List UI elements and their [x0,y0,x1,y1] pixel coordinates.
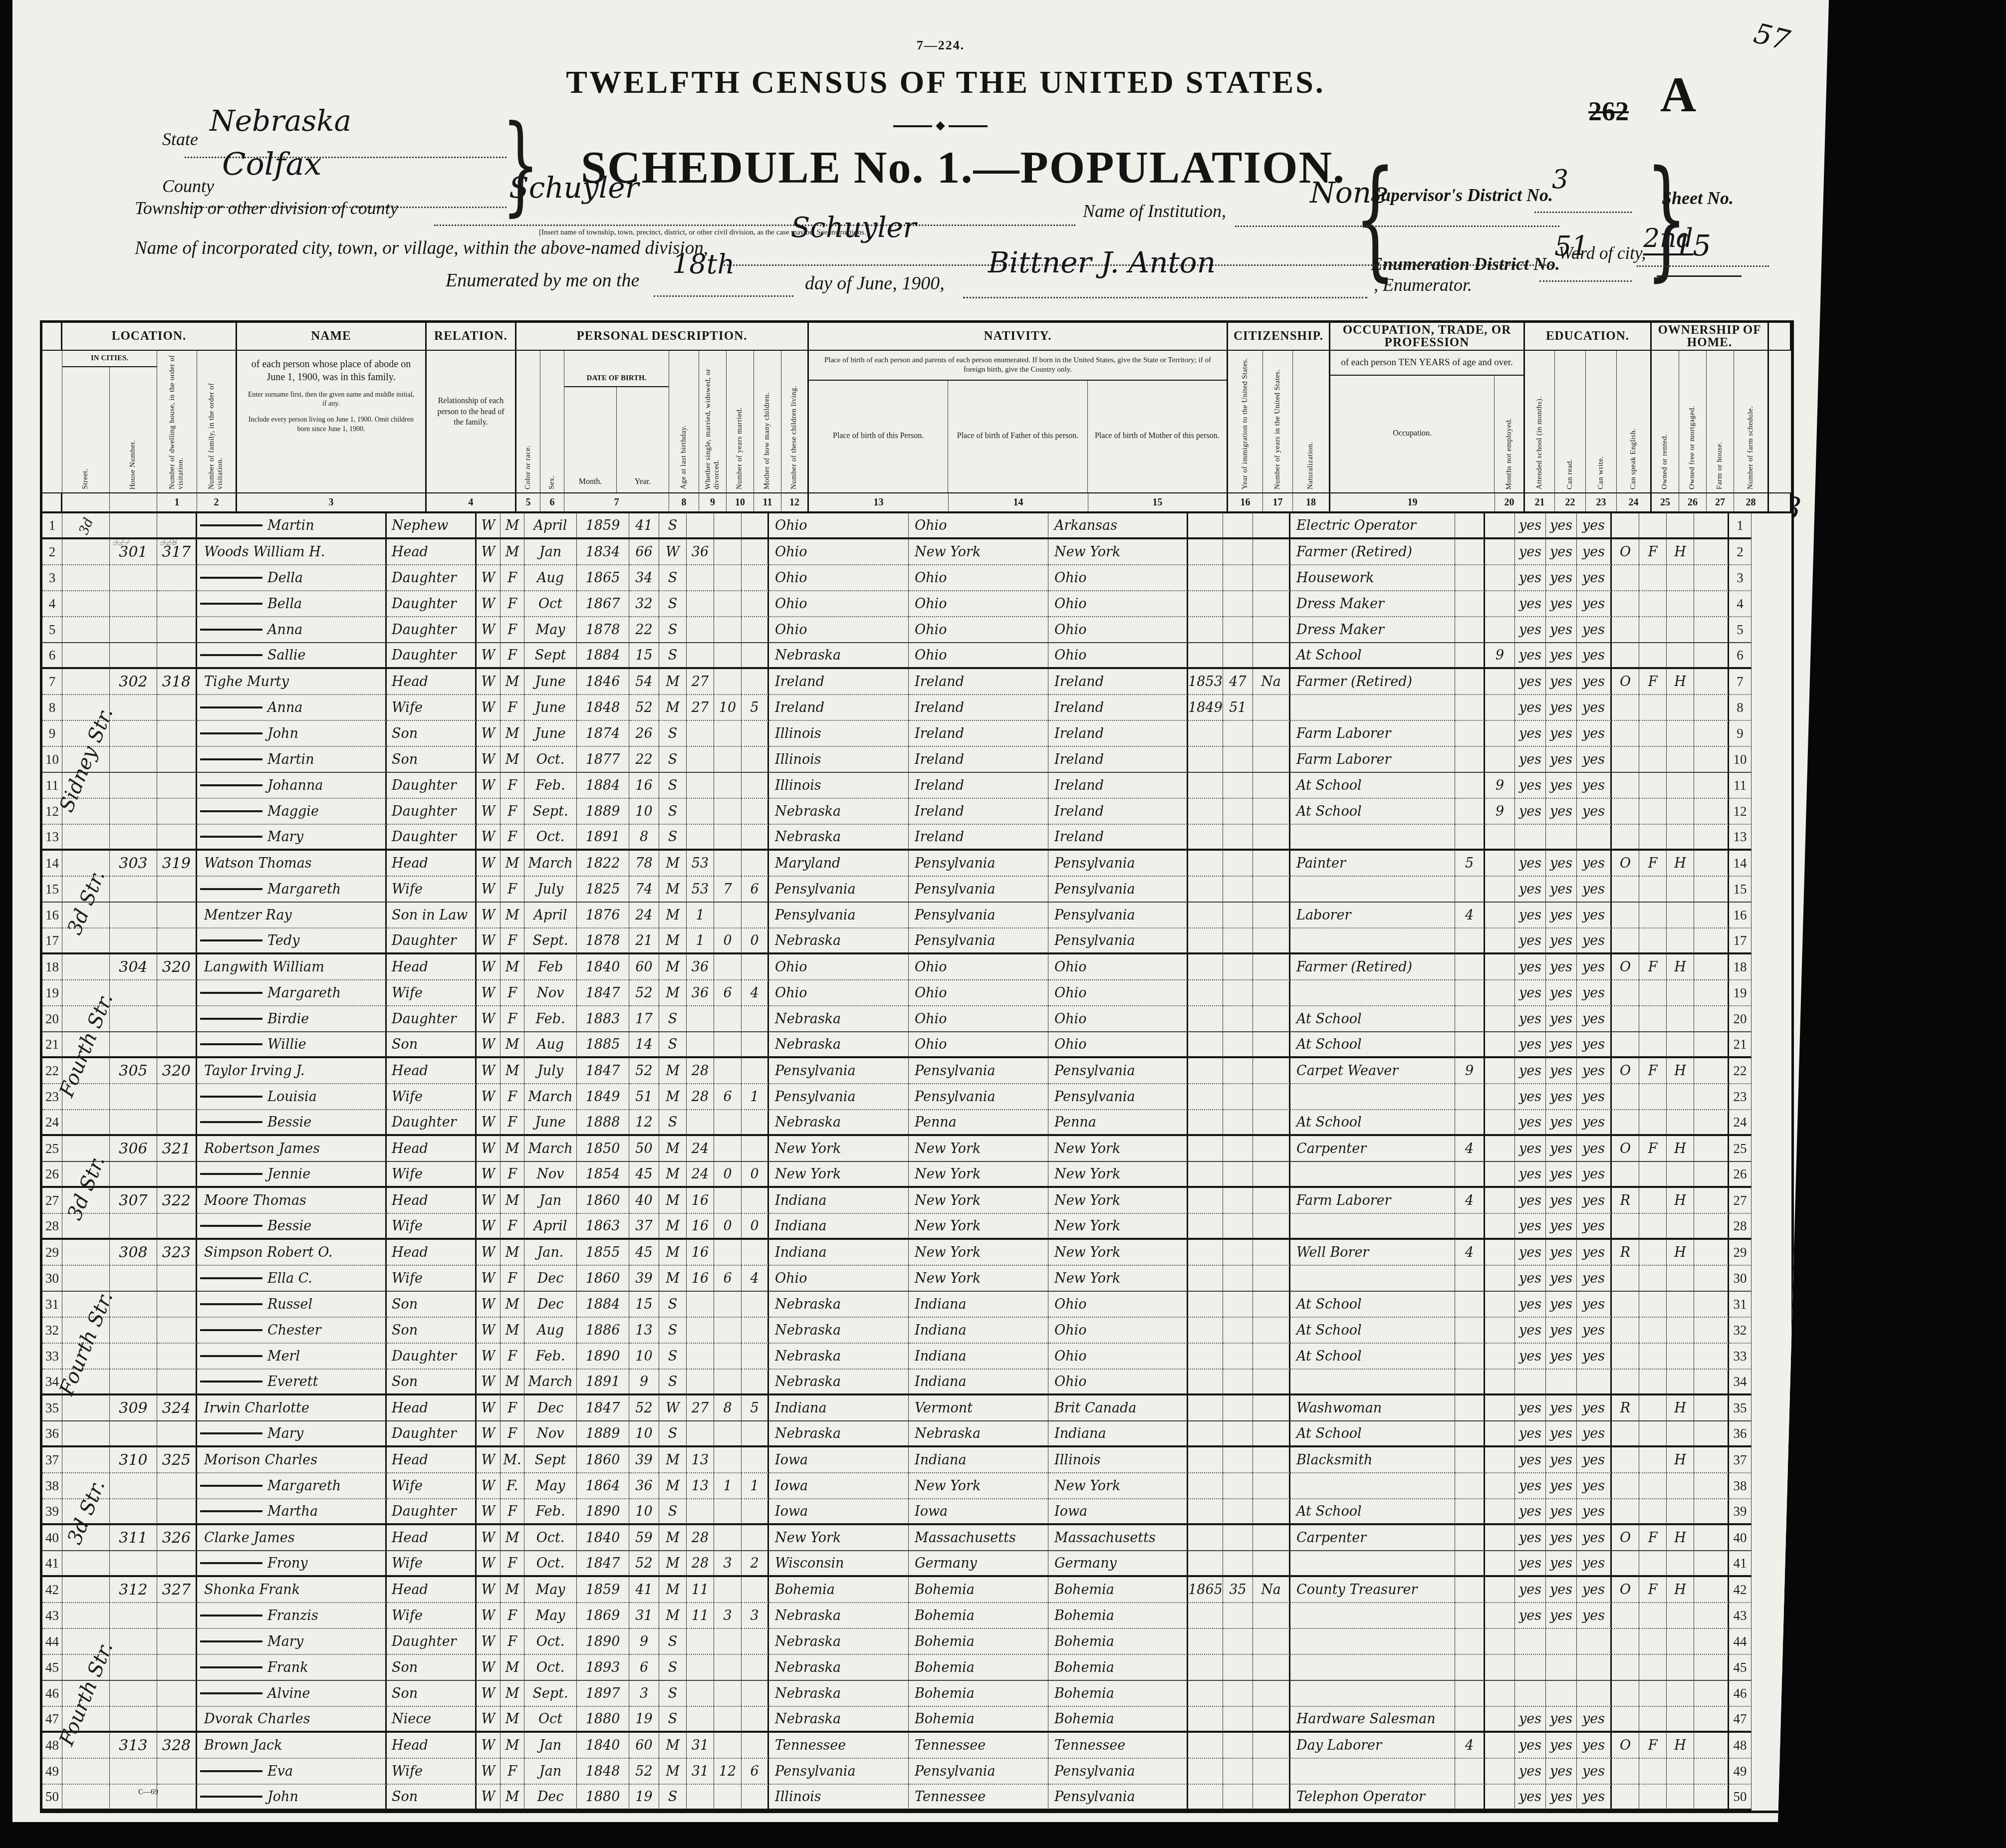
cell-farm-or-house: H [1667,539,1694,565]
line-number-left: 15 [42,877,62,903]
cell-street [62,1266,110,1292]
census-row: 33MerlDaughterWFFeb.189010SNebraskaIndia… [42,1344,1791,1370]
census-row: 9JohnSonWMJune187426SIllinoisIrelandIrel… [42,721,1791,747]
line-number-right: 39 [1729,1499,1752,1525]
cell-occupation: Carpet Weaver [1290,1058,1455,1084]
cell-birth-year: 1850 [577,1136,629,1162]
cell-can-speak-english: yes [1577,669,1612,695]
cell-attended-school [1485,1370,1515,1395]
cell-immigration-year [1188,877,1223,903]
cell-owned-free-or-mortgaged [1639,1447,1667,1473]
cell-months-not-employed [1455,980,1485,1006]
cell-age: 19 [629,1707,659,1733]
census-row: 45FrankSonWMOct.18936SNebraskaBohemiaBoh… [42,1655,1791,1681]
cell-years-in-us [1223,1655,1253,1681]
cell-relation: Niece [387,1707,477,1733]
cell-years-married: 36 [687,539,714,565]
cell-sex: M [501,1707,524,1733]
cell-age: 52 [629,1551,659,1577]
cell-marital-status: S [659,1681,687,1707]
cell-birth-month: Aug [524,565,577,591]
cell-children-living [742,591,769,617]
line-number-right: 32 [1729,1318,1752,1344]
line-number-left: 50 [42,1785,62,1811]
cell-house-number [110,1759,157,1785]
cell-occupation [1290,1603,1455,1629]
cell-birth-year: 1863 [577,1214,629,1240]
cell-years-in-us [1223,1551,1253,1577]
cell-street [62,1188,110,1214]
cell-house-number [110,1551,157,1577]
cell-mother-birthplace: Pensylvania [1048,1759,1188,1785]
cell-birth-year: 1865 [577,565,629,591]
cell-years-married [687,825,714,851]
cell-sex: M [501,669,524,695]
cell-immigration-year [1188,1473,1223,1499]
line-number-right: 48 [1729,1733,1752,1759]
cell-father-birthplace: Indiana [909,1344,1048,1370]
census-row: 42312327Shonka FrankHeadWMMay185941M11Bo… [42,1577,1791,1603]
cell-owned-free-or-mortgaged [1639,903,1667,928]
cell-years-married [687,1785,714,1811]
cell-birth-month: June [524,721,577,747]
cell-marital-status: M [659,877,687,903]
cell-birth-month: Oct. [524,747,577,773]
line-number-right: 45 [1729,1655,1752,1681]
census-row: 34EverettSonWMMarch18919SNebraskaIndiana… [42,1370,1791,1395]
census-row: 13MaryDaughterWFOct.18918SNebraskaIrelan… [42,825,1791,851]
cell-months-not-employed [1455,1266,1485,1292]
cell-age: 10 [629,1344,659,1370]
cell-farm-or-house [1667,1266,1694,1292]
cell-marital-status: M [659,1084,687,1110]
cell-farm-or-house [1667,928,1694,954]
cell-can-speak-english: yes [1577,1006,1612,1032]
column-number-24: 24 [1617,493,1652,513]
cell-mother-birthplace: Ohio [1048,1006,1188,1032]
cell-family-number [157,1110,197,1136]
cell-can-write: yes [1546,1603,1577,1629]
census-row: 32ChesterSonWMAug188613SNebraskaIndianaO… [42,1318,1791,1344]
cell-can-speak-english: yes [1577,1110,1612,1136]
cell-sex: M [501,1733,524,1759]
cell-owned-free-or-mortgaged [1639,1110,1667,1136]
cell-years-in-us [1223,1421,1253,1447]
cell-farm-schedule [1694,669,1729,695]
cell-color: W [477,1447,501,1473]
cell-marital-status: M [659,1733,687,1759]
line-number-right: 19 [1729,980,1752,1006]
cell-farm-schedule [1694,617,1729,643]
cell-family-number [157,1655,197,1681]
cell-years-in-us: 47 [1223,669,1253,695]
cell-months-not-employed [1455,1785,1485,1811]
cell-father-birthplace: Ireland [909,721,1048,747]
cell-father-birthplace: Vermont [909,1395,1048,1421]
cell-children-living [742,1006,769,1032]
cell-years-married [687,1006,714,1032]
cell-owned-free-or-mortgaged [1639,1006,1667,1032]
cell-attended-school [1485,1447,1515,1473]
cell-can-speak-english: yes [1577,617,1612,643]
line-number-left: 3 [42,565,62,591]
cell-age: 52 [629,980,659,1006]
cell-marital-status: M [659,1214,687,1240]
cell-farm-or-house [1667,617,1694,643]
cell-name: Frony [197,1551,387,1577]
cell-street [62,643,110,669]
cell-house-number [110,565,157,591]
cell-years-in-us [1223,1603,1253,1629]
cell-mother-of-children: 6 [714,1266,742,1292]
cell-farm-schedule [1694,747,1729,773]
cell-family-number [157,1084,197,1110]
cell-sex: M. [501,1447,524,1473]
line-number-right: 40 [1729,1525,1752,1551]
cell-months-not-employed: 9 [1455,1058,1485,1084]
cell-children-living [742,1707,769,1733]
cell-children-living: 0 [742,1214,769,1240]
column-years-in-us: Number of years in the United States. [1263,351,1293,493]
cell-occupation: At School [1290,1344,1455,1370]
cell-years-married: 11 [687,1577,714,1603]
enumerator-name: Bittner J. Anton [988,245,1216,279]
cell-mother-of-children: 10 [714,695,742,721]
cell-immigration-year [1188,1499,1223,1525]
cell-family-number [157,721,197,747]
cell-can-read: yes [1515,1551,1546,1577]
line-number-left: 24 [42,1110,62,1136]
cell-marital-status: M [659,669,687,695]
cell-family-number: 324 [157,1395,197,1421]
cell-relation: Wife [387,1266,477,1292]
cell-children-living [742,565,769,591]
line-number-right: 27 [1729,1188,1752,1214]
line-number-right: 31 [1729,1292,1752,1318]
line-number-left: 10 [42,747,62,773]
cell-years-in-us [1223,1110,1253,1136]
cell-immigration-year [1188,1240,1223,1266]
cell-marital-status: S [659,1707,687,1733]
supervisor-line [1534,212,1632,213]
cell-mother-of-children [714,1006,742,1032]
cell-owned-free-or-mortgaged [1639,1681,1667,1707]
cell-attended-school [1485,695,1515,721]
cell-mother-of-children: 3 [714,1603,742,1629]
cell-color: W [477,1473,501,1499]
cell-owned-free-or-mortgaged [1639,565,1667,591]
cell-immigration-year [1188,1681,1223,1707]
cell-marital-status: M [659,1058,687,1084]
cell-can-speak-english: yes [1577,1447,1612,1473]
cell-children-living [742,1655,769,1681]
cell-years-married [687,617,714,643]
cell-marital-status: M [659,1759,687,1785]
cell-occupation [1290,1370,1455,1395]
cell-mother-of-children [714,1655,742,1681]
cell-color: W [477,1681,501,1707]
cell-mother-of-children [714,565,742,591]
cell-relation: Head [387,1188,477,1214]
cell-months-not-employed: 4 [1455,1733,1485,1759]
cell-color: W [477,980,501,1006]
cell-mother-of-children [714,1188,742,1214]
cell-months-not-employed: 5 [1455,851,1485,877]
cell-street [62,1318,110,1344]
table-sub-header: IN CITIES. Street. House Number.Number o… [42,351,1791,493]
cell-marital-status: S [659,747,687,773]
census-row: 14303319Watson ThomasHeadWMMarch182278M5… [42,851,1791,877]
cell-house-number [110,1707,157,1733]
cell-farm-schedule [1694,1032,1729,1058]
cell-birth-month: Sept [524,1447,577,1473]
cell-farm-or-house [1667,1318,1694,1344]
cell-mother-birthplace: Bohemia [1048,1629,1188,1655]
cell-years-in-us [1223,643,1253,669]
cell-street [62,1759,110,1785]
cell-farm-schedule [1694,1084,1729,1110]
cell-birth-month: Feb. [524,1344,577,1370]
cell-immigration-year [1188,1344,1223,1370]
cell-years-married [687,1032,714,1058]
cell-farm-schedule [1694,1006,1729,1032]
cell-years-married [687,1110,714,1136]
cell-mother-birthplace: Germany [1048,1551,1188,1577]
cell-birth-year: 1822 [577,851,629,877]
cell-naturalization [1253,1655,1290,1681]
cell-name: Tedy [197,928,387,954]
cell-owned-free-or-mortgaged [1639,1162,1667,1188]
cell-name: Tighe Murty [197,669,387,695]
cell-farm-or-house [1667,1162,1694,1188]
cell-mother-birthplace: Pensylvania [1048,1785,1188,1811]
census-row: 21WillieSonWMAug188514SNebraskaOhioOhioA… [42,1032,1791,1058]
cell-years-married: 1 [687,928,714,954]
cell-name: Della [197,565,387,591]
cell-years-in-us [1223,1344,1253,1370]
state-label: State [162,129,198,150]
cell-owned-free-or-mortgaged: F [1639,539,1667,565]
cell-birthplace: Ohio [769,565,909,591]
cell-months-not-employed [1455,877,1485,903]
cell-birth-year: 1878 [577,617,629,643]
cell-can-write: yes [1546,669,1577,695]
census-row: 11JohannaDaughterWFFeb.188416SIllinoisIr… [42,773,1791,799]
cell-relation: Daughter [387,1629,477,1655]
cell-marital-status: S [659,643,687,669]
cell-immigration-year [1188,1395,1223,1421]
cell-years-married [687,773,714,799]
cell-marital-status: S [659,1292,687,1318]
cell-attended-school [1485,1681,1515,1707]
cell-can-read: yes [1515,1759,1546,1785]
cell-color: W [477,1110,501,1136]
group-personal: PERSONAL DESCRIPTION. [516,323,809,351]
cell-birth-month: March [524,851,577,877]
cell-sex: F [501,1421,524,1447]
cell-immigration-year [1188,591,1223,617]
cell-relation: Wife [387,1473,477,1499]
cell-birth-year: 1890 [577,1344,629,1370]
cell-can-write: yes [1546,1759,1577,1785]
cell-years-in-us [1223,1292,1253,1318]
cell-naturalization [1253,1395,1290,1421]
cell-father-birthplace: Pensylvania [909,1759,1048,1785]
cell-mother-of-children [714,825,742,851]
cell-naturalization [1253,851,1290,877]
cell-father-birthplace: Ireland [909,825,1048,851]
cell-years-in-us [1223,954,1253,980]
cell-can-read: yes [1515,513,1546,539]
cell-birth-month: March [524,1136,577,1162]
cell-family-number: 328 [157,1733,197,1759]
cell-years-in-us [1223,1084,1253,1110]
cell-father-birthplace: Indiana [909,1370,1048,1395]
cell-family-number: 328317 [157,539,197,565]
cell-occupation: Farm Laborer [1290,721,1455,747]
cell-relation: Son [387,1655,477,1681]
cell-name: Langwith William [197,954,387,980]
cell-marital-status: M [659,954,687,980]
cell-immigration-year [1188,1733,1223,1759]
cell-owned-free-or-mortgaged [1639,617,1667,643]
line-number-right: 4 [1729,591,1752,617]
cell-color: W [477,1421,501,1447]
cell-mother-birthplace: Ireland [1048,747,1188,773]
cell-house-number: 311 [110,1525,157,1551]
cell-house-number [110,513,157,539]
cell-color: W [477,825,501,851]
line-number-right: 15 [1729,877,1752,903]
line-number-right: 29 [1729,1240,1752,1266]
cell-can-speak-english: yes [1577,1292,1612,1318]
cell-owned-free-or-mortgaged [1639,799,1667,825]
cell-age: 16 [629,773,659,799]
cell-farm-schedule [1694,980,1729,1006]
cell-name: Morison Charles [197,1447,387,1473]
cell-marital-status: S [659,799,687,825]
cell-can-read: yes [1515,851,1546,877]
column-dwelling-number: Number of dwelling house, in the order o… [157,351,197,493]
cell-owned-free-or-mortgaged [1639,1395,1667,1421]
cell-mother-birthplace: Ohio [1048,565,1188,591]
cell-owned-or-rented [1612,1421,1639,1447]
cell-attended-school [1485,1733,1515,1759]
cell-sex: M [501,851,524,877]
cell-relation: Son [387,721,477,747]
line-number-left: 6 [42,643,62,669]
cell-name: Simpson Robert O. [197,1240,387,1266]
cell-name: Anna [197,695,387,721]
cell-mother-of-children [714,1136,742,1162]
cell-can-write: yes [1546,851,1577,877]
census-row: 48313328Brown JackHeadWMJan184060M31Tenn… [42,1733,1791,1759]
cell-relation: Head [387,1136,477,1162]
cell-birthplace: Nebraska [769,1629,909,1655]
cell-age: 45 [629,1162,659,1188]
cell-naturalization [1253,1473,1290,1499]
cell-mother-birthplace: Bohemia [1048,1707,1188,1733]
ward-value: 2nd [1643,224,1693,255]
cell-birth-year: 1867 [577,591,629,617]
cell-house-number [110,877,157,903]
column-number-6: 6 [540,493,564,513]
cell-farm-or-house [1667,1759,1694,1785]
cell-months-not-employed [1455,1759,1485,1785]
cell-years-married [687,1421,714,1447]
cell-marital-status: M [659,1162,687,1188]
cell-birthplace: Illinois [769,747,909,773]
cell-owned-or-rented [1612,513,1639,539]
cell-mother-of-children [714,1058,742,1084]
cell-immigration-year [1188,1084,1223,1110]
cell-sex: M [501,1292,524,1318]
cell-marital-status: S [659,1629,687,1655]
cell-sex: F [501,980,524,1006]
cell-father-birthplace: Ireland [909,799,1048,825]
cell-years-in-us: 51 [1223,695,1253,721]
cell-name: Franzis [197,1603,387,1629]
cell-farm-schedule [1694,1136,1729,1162]
cell-months-not-employed [1455,565,1485,591]
cell-father-birthplace: Bohemia [909,1707,1048,1733]
cell-owned-or-rented [1612,1655,1639,1681]
cell-naturalization [1253,1681,1290,1707]
cell-sex: M [501,1188,524,1214]
line-number-left: 33 [42,1344,62,1370]
cell-can-read: yes [1515,773,1546,799]
cell-mother-birthplace: Ohio [1048,1370,1188,1395]
cell-father-birthplace: Indiana [909,1292,1048,1318]
cell-age: 17 [629,1006,659,1032]
census-row: 22305320Taylor Irving J.HeadWMJuly184752… [42,1058,1791,1084]
cell-marital-status: S [659,1032,687,1058]
cell-owned-free-or-mortgaged: F [1639,1136,1667,1162]
cell-farm-or-house: H [1667,1136,1694,1162]
cell-birthplace: Illinois [769,1785,909,1811]
cell-name: Russel [197,1292,387,1318]
cell-attended-school [1485,825,1515,851]
cell-birth-year: 1847 [577,1058,629,1084]
cell-street [62,928,110,954]
cell-years-in-us [1223,877,1253,903]
cell-can-read: yes [1515,1032,1546,1058]
cell-years-in-us [1223,1032,1253,1058]
column-can-write: Can write. [1586,351,1617,493]
cell-farm-schedule [1694,1318,1729,1344]
cell-color: W [477,903,501,928]
cell-street [62,1733,110,1759]
cell-owned-or-rented: O [1612,539,1639,565]
line-number-left: 20 [42,1006,62,1032]
cell-name: Taylor Irving J. [197,1058,387,1084]
cell-mother-birthplace: Ireland [1048,773,1188,799]
column-number-5: 5 [516,493,540,513]
cell-birth-month: Oct [524,1707,577,1733]
enumerated-day: 18th [672,248,735,280]
column-number-9: 9 [699,493,727,513]
cell-can-read: yes [1515,643,1546,669]
cell-marital-status: S [659,1655,687,1681]
cell-naturalization [1253,1525,1290,1551]
cell-mother-birthplace: Pensylvania [1048,1058,1188,1084]
cell-attended-school [1485,1058,1515,1084]
cell-occupation: Farm Laborer [1290,1188,1455,1214]
cell-attended-school [1485,1188,1515,1214]
cell-children-living: 6 [742,1759,769,1785]
cell-birth-month: Nov [524,980,577,1006]
cell-can-write: yes [1546,1473,1577,1499]
